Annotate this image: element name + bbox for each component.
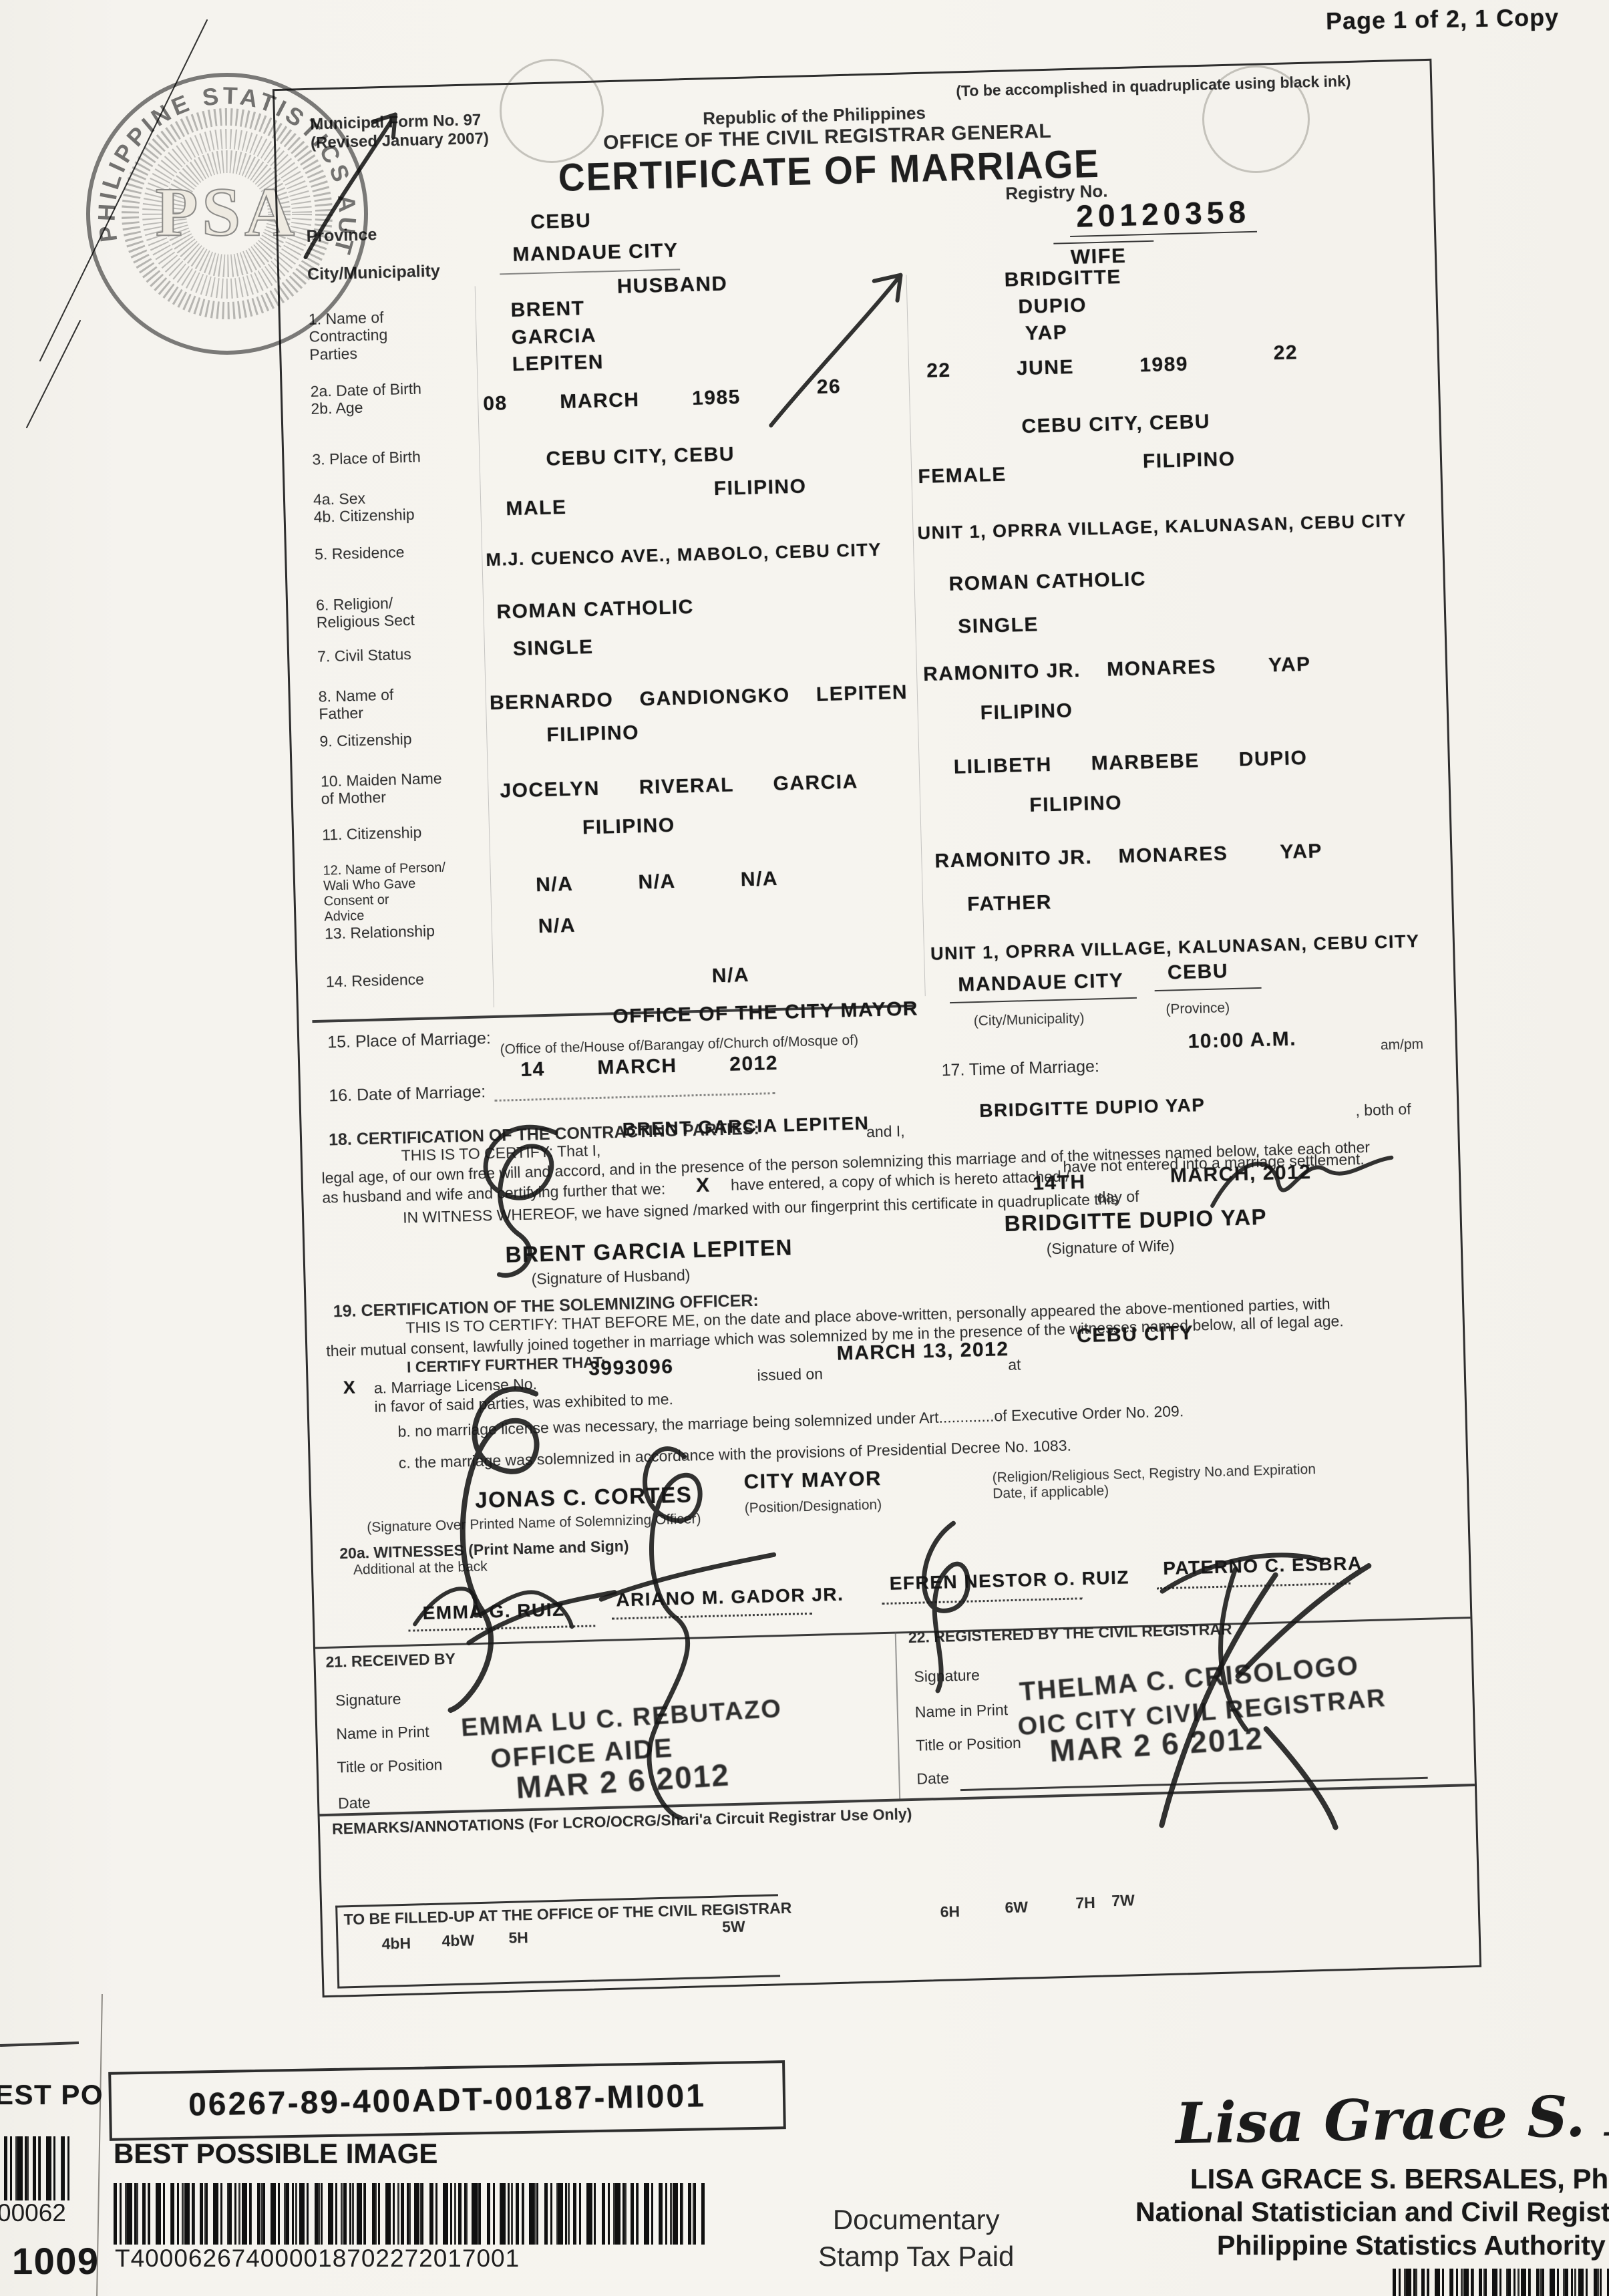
certificate-form: Municipal Form No. 97 (Revised January 2… (273, 59, 1481, 1997)
field7-label: 7. Civil Status (317, 645, 411, 665)
husband-father-value: BERNARDO GANDIONGKO LEPITEN (490, 681, 908, 715)
signer-org: Philippine Statistics Authority (1217, 2230, 1606, 2261)
city-value: MANDAUE CITY (512, 239, 679, 266)
wife-name-value: BRIDGITTE DUPIO YAP (1004, 264, 1123, 348)
wife-citizenship-value: FILIPINO (1143, 448, 1236, 474)
underlying-best-fragment: EST PO (0, 2079, 104, 2111)
wife-father-citizenship-value: FILIPINO (980, 699, 1073, 725)
underlying-bottom-fragment: 1009 (12, 2239, 100, 2283)
registered-date-label: Date (916, 1770, 949, 1788)
best-possible-image-label: BEST POSSIBLE IMAGE (114, 2138, 437, 2170)
underlying-box-fragment (0, 2041, 79, 2047)
license-place-value: CEBU CITY (1077, 1322, 1194, 1348)
husband-religion-value: ROMAN CATHOLIC (496, 596, 694, 624)
husband-consent-value: N/A N/A N/A (536, 868, 779, 896)
wife-consent-value: RAMONITO JR. MONARES YAP (934, 840, 1322, 872)
signer-name: LISA GRACE S. BERSALES, Ph.D. (1190, 2163, 1609, 2195)
cert18-and-i: and I, (866, 1122, 905, 1141)
filled-up-code-4bw: 4bW (441, 1931, 474, 1950)
cert18-day-value: 14TH (1033, 1171, 1086, 1195)
wife-father-value: RAMONITO JR. MONARES YAP (923, 653, 1311, 686)
received-title-label: Title or Position (337, 1756, 442, 1776)
husband-consent-residence-value: N/A (711, 964, 749, 987)
marriage-city-value: MANDAUE CITY (958, 969, 1124, 996)
cert18-x-mark: X (696, 1174, 711, 1198)
registered-name-label: Name in Print (914, 1701, 1008, 1721)
field15-label: 15. Place of Marriage: (327, 1029, 491, 1052)
wife-relationship-value: FATHER (967, 891, 1053, 916)
field13-label: 13. Relationship (325, 922, 435, 943)
wife-mother-citizenship-value: FILIPINO (1029, 792, 1123, 817)
received-date-label: Date (338, 1794, 371, 1812)
witness2-signature-scribble (576, 1414, 787, 1834)
license-date-value: MARCH 13, 2012 (836, 1338, 1009, 1365)
at-label: at (1008, 1356, 1021, 1374)
psa-round-stamp: PHILIPPINE STATISTICS AUTHORITY PSA (80, 67, 374, 361)
scanned-document-page: Page 1 of 2, 1 Copy Municipal Form No. 9… (0, 0, 1609, 2296)
underlying-barcode-fragment (4, 2136, 71, 2200)
document-barcode (114, 2183, 705, 2245)
registrar-signature-scribble (1101, 1552, 1389, 1840)
document-barcode-number: T400062674000018702272017001 (115, 2245, 520, 2273)
filled-up-code-4bh: 4bH (381, 1935, 411, 1953)
marriage-city-label: (City/Municipality) (973, 1011, 1084, 1029)
wife-mother-value: LILIBETH MARBEBE DUPIO (953, 747, 1307, 779)
wife-birthdate-value: 22 JUNE 1989 (926, 353, 1189, 382)
dst-line1: Documentary (818, 2202, 1014, 2239)
field11-label: 11. Citizenship (322, 824, 422, 844)
page-info: Page 1 of 2, 1 Copy (1326, 3, 1560, 35)
filled-up-code-6h: 6H (940, 1903, 960, 1921)
field8-label: 8. Name of Father (318, 686, 394, 723)
psa-stamp-monogram: PSA (156, 174, 299, 251)
wife-religion-value: ROMAN CATHOLIC (948, 568, 1146, 596)
issued-on-label: issued on (757, 1365, 823, 1384)
cert19-x-mark: X (343, 1377, 356, 1399)
field17-label: 17. Time of Marriage: (941, 1057, 1099, 1080)
province-value: CEBU (530, 210, 592, 234)
wife-birthplace-value: CEBU CITY, CEBU (1021, 411, 1210, 438)
cert18-day-of: day of (1097, 1188, 1139, 1206)
husband-birthplace-value: CEBU CITY, CEBU (546, 443, 735, 470)
husband-column-header: HUSBAND (616, 271, 727, 298)
wife-age-value: 22 (1273, 341, 1298, 365)
witness1-signature-scribble (400, 1553, 576, 1651)
signer-title: National Statistician and Civil Registra… (1135, 2196, 1609, 2228)
husband-citizenship-value: FILIPINO (713, 475, 807, 500)
ampm-label: am/pm (1381, 1037, 1424, 1054)
husband-name-value: BRENT GARCIA LEPITEN (510, 295, 604, 378)
husband-birthdate-value: 08 MARCH 1985 (483, 386, 741, 416)
marriage-date-dotline (495, 1092, 775, 1102)
underlying-barcode-number-fragment: 00062 (0, 2199, 66, 2227)
wife-sex-value: FEMALE (918, 464, 1007, 488)
husband-mother-citizenship-value: FILIPINO (582, 814, 676, 840)
field12-label: 12. Name of Person/ Wali Who Gave Consen… (323, 860, 447, 925)
husband-sex-value: MALE (506, 496, 567, 520)
field10-label: 10. Maiden Name of Mother (321, 770, 443, 808)
filled-up-code-7w: 7W (1111, 1891, 1135, 1909)
marriage-date-value: 14 MARCH 2012 (520, 1052, 778, 1082)
filled-up-code-7h: 7H (1075, 1894, 1095, 1912)
ref-number-box: 06267-89-400ADT-00187-MI001 (108, 2060, 786, 2141)
cert18-both-of: , both of (1355, 1100, 1411, 1120)
received-name-label: Name in Print (336, 1723, 429, 1743)
field6-label: 6. Religion/ Religious Sect (316, 594, 415, 632)
field16-label: 16. Date of Marriage: (329, 1082, 486, 1106)
field2-label: 2a. Date of Birth 2b. Age (310, 380, 422, 418)
dst-paid-label: Documentary Stamp Tax Paid (818, 2202, 1014, 2275)
husband-mother-value: JOCELYN RIVERAL GARCIA (500, 771, 858, 803)
husband-father-citizenship-value: FILIPINO (546, 721, 640, 747)
marriage-province-underline (1155, 987, 1262, 991)
filled-up-code-5h: 5H (508, 1929, 528, 1947)
husband-civilstatus-value: SINGLE (513, 636, 594, 661)
filled-up-code-6w: 6W (1005, 1899, 1028, 1917)
field3-label: 3. Place of Birth (312, 448, 421, 469)
marriage-place-value: OFFICE OF THE CITY MAYOR (612, 997, 918, 1028)
registry-no-value: 20120358 (1076, 194, 1251, 234)
received-signature-label: Signature (335, 1690, 401, 1709)
bersales-signature-script: Lisa Grace S. Bersales (1175, 2078, 1609, 2156)
marriage-time-value: 10:00 A.M. (1188, 1028, 1296, 1053)
cert18-wife-name: BRIDGITTE DUPIO YAP (979, 1094, 1206, 1122)
field9-label: 9. Citizenship (319, 730, 412, 750)
wife-residence-value: UNIT 1, OPRRA VILLAGE, KALUNASAN, CEBU C… (917, 510, 1407, 544)
ref-number: 06267-89-400ADT-00187-MI001 (188, 2078, 707, 2124)
registered-title-label: Title or Position (916, 1734, 1021, 1755)
husband-signature-scribble (455, 1110, 673, 1302)
dst-line2: Stamp Tax Paid (818, 2239, 1014, 2275)
marriage-province-value: CEBU (1168, 960, 1229, 984)
marriage-city-underline (950, 997, 1137, 1003)
wife-consent-residence-value: UNIT 1, OPRRA VILLAGE, KALUNASAN, CEBU C… (930, 931, 1420, 965)
wife-signature-scribble (1198, 1141, 1400, 1233)
field14-label: 14. Residence (326, 971, 425, 991)
marriage-province-label: (Province) (1166, 1000, 1230, 1017)
wife-signature-label: (Signature of Wife) (1046, 1237, 1174, 1257)
witness3-signature-scribble (872, 1494, 1051, 1699)
pen-arrow-registry (747, 255, 925, 433)
wife-civilstatus-value: SINGLE (958, 613, 1039, 638)
quadruplicate-note: (To be accomplished in quadruplicate usi… (956, 72, 1351, 100)
field5-label: 5. Residence (315, 543, 405, 563)
corner-barcode-fragment (1393, 2269, 1609, 2296)
filled-up-code-5w: 5W (722, 1918, 745, 1936)
field4-label: 4a. Sex 4b. Citizenship (313, 488, 415, 526)
husband-relationship-value: N/A (538, 915, 576, 938)
husband-residence-value: M.J. CUENCO AVE., MABOLO, CEBU CITY (486, 540, 882, 571)
